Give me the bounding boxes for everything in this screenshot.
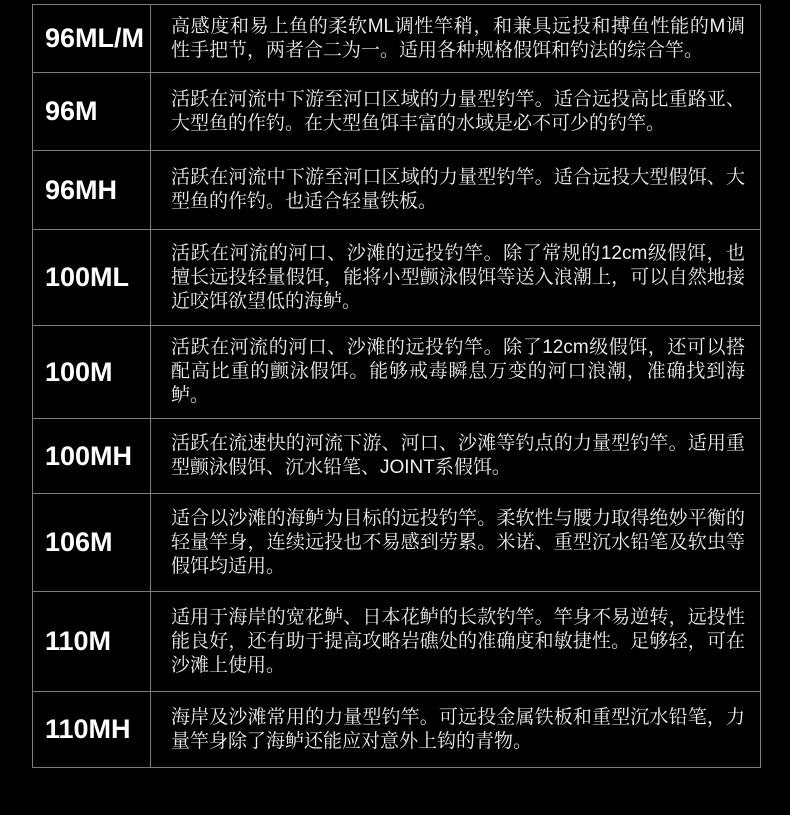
model-cell: 100ML: [33, 230, 151, 325]
description-text: 适用于海岸的宽花鲈、日本花鲈的长款钓竿。竿身不易逆转，远投性能良好，还有助于提高…: [171, 606, 745, 678]
table-row: 100M 活跃在河流的河口、沙滩的远投钓竿。除了12cm级假饵，还可以搭配高比重…: [33, 326, 760, 419]
table-row: 106M 适合以沙滩的海鲈为目标的远投钓竿。柔软性与腰力取得绝妙平衡的轻量竿身，…: [33, 494, 760, 592]
description-text: 活跃在河流的河口、沙滩的远投钓竿。除了常规的12cm级假饵，也擅长远投轻量假饵，…: [171, 242, 745, 314]
description-text: 活跃在河流的河口、沙滩的远投钓竿。除了12cm级假饵，还可以搭配高比重的颤泳假饵…: [171, 336, 745, 408]
table-row: 110M 适用于海岸的宽花鲈、日本花鲈的长款钓竿。竿身不易逆转，远投性能良好，还…: [33, 592, 760, 692]
description-text: 活跃在河流中下游至河口区域的力量型钓竿。适合远投高比重路亚、大型鱼的作钓。在大型…: [171, 88, 745, 136]
description-text: 高感度和易上鱼的柔软ML调性竿稍，和兼具远投和搏鱼性能的M调性手把节，两者合二为…: [171, 15, 745, 63]
table-row: 100ML 活跃在河流的河口、沙滩的远投钓竿。除了常规的12cm级假饵，也擅长远…: [33, 230, 760, 326]
description-text: 海岸及沙滩常用的力量型钓竿。可远投金属铁板和重型沉水铅笔，力量竿身除了海鲈还能应…: [171, 706, 745, 754]
model-cell: 100MH: [33, 419, 151, 493]
description-text: 活跃在流速快的河流下游、河口、沙滩等钓点的力量型钓竿。适用重型颤泳假饵、沉水铅笔…: [171, 432, 745, 480]
model-cell: 96MH: [33, 151, 151, 229]
description-cell: 适合以沙滩的海鲈为目标的远投钓竿。柔软性与腰力取得绝妙平衡的轻量竿身，连续远投也…: [151, 494, 760, 591]
product-spec-page: 96ML/M 高感度和易上鱼的柔软ML调性竿稍，和兼具远投和搏鱼性能的M调性手把…: [0, 0, 790, 815]
model-cell: 110MH: [33, 692, 151, 767]
description-cell: 活跃在河流中下游至河口区域的力量型钓竿。适合远投大型假饵、大型鱼的作钓。也适合轻…: [151, 151, 760, 229]
description-cell: 活跃在河流中下游至河口区域的力量型钓竿。适合远投高比重路亚、大型鱼的作钓。在大型…: [151, 73, 760, 150]
model-label: 106M: [45, 527, 113, 558]
table-row: 96M 活跃在河流中下游至河口区域的力量型钓竿。适合远投高比重路亚、大型鱼的作钓…: [33, 73, 760, 151]
table-row: 110MH 海岸及沙滩常用的力量型钓竿。可远投金属铁板和重型沉水铅笔，力量竿身除…: [33, 692, 760, 767]
model-label: 96MH: [45, 175, 117, 206]
description-cell: 活跃在河流的河口、沙滩的远投钓竿。除了12cm级假饵，还可以搭配高比重的颤泳假饵…: [151, 326, 760, 418]
description-cell: 活跃在流速快的河流下游、河口、沙滩等钓点的力量型钓竿。适用重型颤泳假饵、沉水铅笔…: [151, 419, 760, 493]
table-row: 100MH 活跃在流速快的河流下游、河口、沙滩等钓点的力量型钓竿。适用重型颤泳假…: [33, 419, 760, 494]
model-label: 110M: [45, 626, 111, 657]
model-label: 100MH: [45, 441, 132, 472]
model-cell: 96M: [33, 73, 151, 150]
model-cell: 106M: [33, 494, 151, 591]
model-cell: 100M: [33, 326, 151, 418]
model-label: 100M: [45, 357, 113, 388]
description-cell: 海岸及沙滩常用的力量型钓竿。可远投金属铁板和重型沉水铅笔，力量竿身除了海鲈还能应…: [151, 692, 760, 767]
rod-spec-table: 96ML/M 高感度和易上鱼的柔软ML调性竿稍，和兼具远投和搏鱼性能的M调性手把…: [32, 4, 761, 768]
model-label: 96M: [45, 96, 98, 127]
model-label: 96ML/M: [45, 23, 144, 54]
description-text: 适合以沙滩的海鲈为目标的远投钓竿。柔软性与腰力取得绝妙平衡的轻量竿身，连续远投也…: [171, 507, 745, 579]
description-cell: 活跃在河流的河口、沙滩的远投钓竿。除了常规的12cm级假饵，也擅长远投轻量假饵，…: [151, 230, 760, 325]
model-cell: 110M: [33, 592, 151, 691]
table-row: 96MH 活跃在河流中下游至河口区域的力量型钓竿。适合远投大型假饵、大型鱼的作钓…: [33, 151, 760, 230]
model-label: 110MH: [45, 714, 131, 745]
description-cell: 适用于海岸的宽花鲈、日本花鲈的长款钓竿。竿身不易逆转，远投性能良好，还有助于提高…: [151, 592, 760, 691]
model-label: 100ML: [45, 262, 129, 293]
table-row: 96ML/M 高感度和易上鱼的柔软ML调性竿稍，和兼具远投和搏鱼性能的M调性手把…: [33, 5, 760, 73]
description-cell: 高感度和易上鱼的柔软ML调性竿稍，和兼具远投和搏鱼性能的M调性手把节，两者合二为…: [151, 5, 760, 72]
model-cell: 96ML/M: [33, 5, 151, 72]
description-text: 活跃在河流中下游至河口区域的力量型钓竿。适合远投大型假饵、大型鱼的作钓。也适合轻…: [171, 166, 745, 214]
